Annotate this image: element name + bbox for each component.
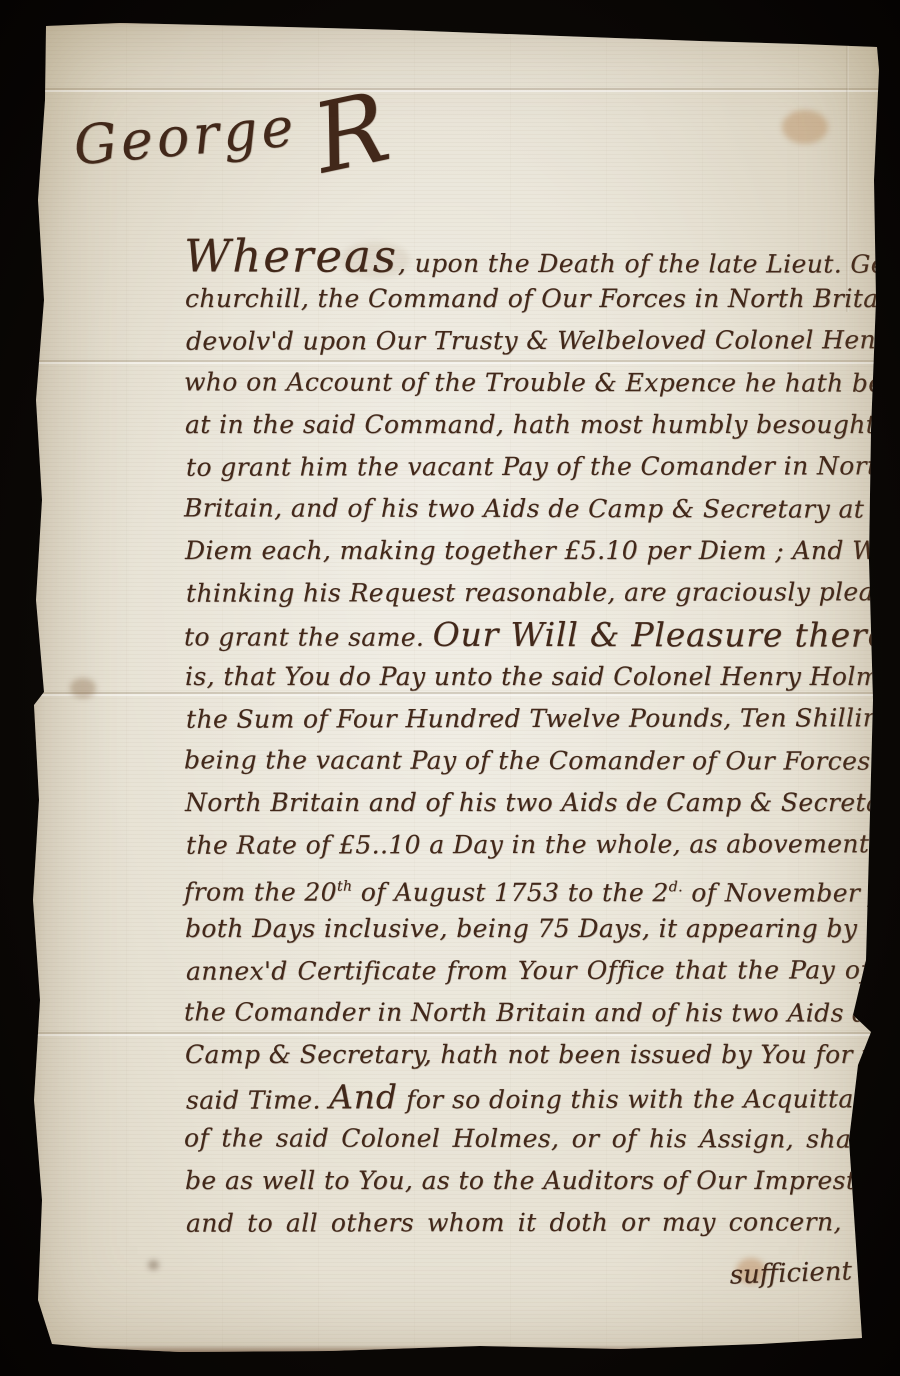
manuscript-body: Whereas, upon the Death of the late Lieu… bbox=[185, 236, 869, 1244]
manuscript-line: Camp & Secretary, hath not been issued b… bbox=[185, 1034, 869, 1076]
manuscript-text-segment: of the said Colonel Holmes, or of his As… bbox=[184, 1123, 868, 1153]
manuscript-text-segment: North Britain and of his two Aids de Cam… bbox=[185, 788, 900, 817]
manuscript-line: Diem each, making together £5.10 per Die… bbox=[185, 530, 869, 572]
manuscript-line: to grant the same. Our Will & Pleasure t… bbox=[184, 613, 868, 656]
fox-stain bbox=[782, 110, 828, 144]
manuscript-text-segment: the Sum of Four Hundred Twelve Pounds, T… bbox=[186, 703, 900, 734]
manuscript-text-segment: Our Will & Pleasure therefore bbox=[433, 615, 900, 655]
manuscript-line: who on Account of the Trouble & Expence … bbox=[184, 361, 868, 404]
manuscript-text-segment: at in the said Command, hath most humbly… bbox=[185, 410, 900, 439]
manuscript-text-segment: Britain, and of his two Aids de Camp & S… bbox=[184, 493, 900, 523]
manuscript-text-segment: and to all others whom it doth or may co… bbox=[186, 1207, 870, 1237]
manuscript-line: from the 20th of August 1753 to the 2d. … bbox=[184, 865, 868, 908]
edge-stain bbox=[70, 678, 96, 698]
manuscript-text-segment: thinking his Request reasonable, are gra… bbox=[186, 577, 900, 608]
manuscript-line: and to all others whom it doth or may co… bbox=[186, 1201, 870, 1244]
manuscript-text-segment: for so doing this with the Acquittance bbox=[398, 1084, 900, 1114]
manuscript-text-segment: be as well to You, as to the Auditors of… bbox=[185, 1166, 878, 1195]
catchword: sufficient bbox=[530, 1256, 853, 1297]
manuscript-text-segment: the Rate of £5..10 a Day in the whole, a… bbox=[186, 829, 900, 860]
manuscript-line: thinking his Request reasonable, are gra… bbox=[186, 571, 870, 614]
manuscript-text-segment: of August 1753 to the 2 bbox=[352, 878, 668, 908]
paper-top-edge-shadow bbox=[30, 18, 886, 25]
manuscript-line: Britain, and of his two Aids de Camp & S… bbox=[184, 487, 868, 530]
manuscript-text-segment: who on Account of the Trouble & Expence … bbox=[184, 367, 900, 397]
manuscript-text-segment: being the vacant Pay of the Comander of … bbox=[184, 745, 900, 775]
manuscript-text-segment: to grant him the vacant Pay of the Coman… bbox=[186, 451, 894, 481]
manuscript-text-segment: of November following, bbox=[683, 878, 900, 908]
manuscript-line: said Time. And for so doing this with th… bbox=[186, 1075, 870, 1118]
ink-spot bbox=[148, 1260, 159, 1270]
manuscript-text-segment: to grant the same. bbox=[184, 622, 433, 651]
manuscript-line: the Sum of Four Hundred Twelve Pounds, T… bbox=[186, 697, 870, 740]
signature-name: George bbox=[71, 95, 300, 177]
manuscript-text-segment: d. bbox=[669, 879, 683, 895]
manuscript-line: to grant him the vacant Pay of the Coman… bbox=[186, 445, 870, 488]
manuscript-line: of the said Colonel Holmes, or of his As… bbox=[184, 1117, 868, 1160]
manuscript-text-segment: from the 20 bbox=[184, 877, 337, 906]
manuscript-text-segment: , upon the Death of the late Lieut. Gene… bbox=[398, 249, 900, 279]
manuscript-line: both Days inclusive, being 75 Days, it a… bbox=[185, 908, 869, 950]
manuscript-line: devolv'd upon Our Trusty & Welbeloved Co… bbox=[186, 319, 870, 362]
manuscript-line: the Rate of £5..10 a Day in the whole, a… bbox=[186, 823, 870, 866]
manuscript-line: Whereas, upon the Death of the late Lieu… bbox=[184, 235, 868, 278]
manuscript-line: North Britain and of his two Aids de Cam… bbox=[185, 782, 869, 824]
manuscript-text-segment: And bbox=[329, 1077, 398, 1116]
manuscript-text-segment: devolv'd upon Our Trusty & Welbeloved Co… bbox=[186, 325, 900, 356]
manuscript-page: GeorgeR Whereas, upon the Death of the l… bbox=[30, 18, 886, 1354]
manuscript-text-segment: churchill, the Command of Our Forces in … bbox=[185, 284, 900, 313]
paper-bottom-edge-shadow bbox=[30, 1345, 886, 1354]
manuscript-text-segment: Diem each, making together £5.10 per Die… bbox=[185, 536, 891, 565]
manuscript-line: be as well to You, as to the Auditors of… bbox=[185, 1160, 869, 1202]
manuscript-line: at in the said Command, hath most humbly… bbox=[185, 404, 869, 446]
manuscript-text-segment: annex'd Certificate from Your Office tha… bbox=[186, 955, 870, 985]
manuscript-text-segment: th bbox=[337, 879, 352, 895]
manuscript-text-segment: both Days inclusive, being 75 Days, it a… bbox=[185, 914, 900, 943]
manuscript-line: churchill, the Command of Our Forces in … bbox=[185, 278, 869, 320]
manuscript-line: annex'd Certificate from Your Office tha… bbox=[186, 949, 870, 992]
manuscript-line: being the vacant Pay of the Comander of … bbox=[184, 739, 868, 782]
manuscript-text-segment: the Comander in North Britain and of his… bbox=[184, 997, 884, 1027]
manuscript-line: is, that You do Pay unto the said Colone… bbox=[185, 656, 869, 698]
manuscript-text-segment: Whereas bbox=[184, 229, 398, 282]
royal-signature: GeorgeR bbox=[68, 49, 387, 188]
manuscript-text-segment: said Time. bbox=[186, 1085, 329, 1114]
manuscript-text-segment: Camp & Secretary, hath not been issued b… bbox=[185, 1040, 900, 1069]
manuscript-line: the Comander in North Britain and of his… bbox=[184, 991, 868, 1034]
photo-background: GeorgeR Whereas, upon the Death of the l… bbox=[0, 0, 900, 1376]
manuscript-text-segment: is, that You do Pay unto the said Colone… bbox=[185, 662, 900, 691]
